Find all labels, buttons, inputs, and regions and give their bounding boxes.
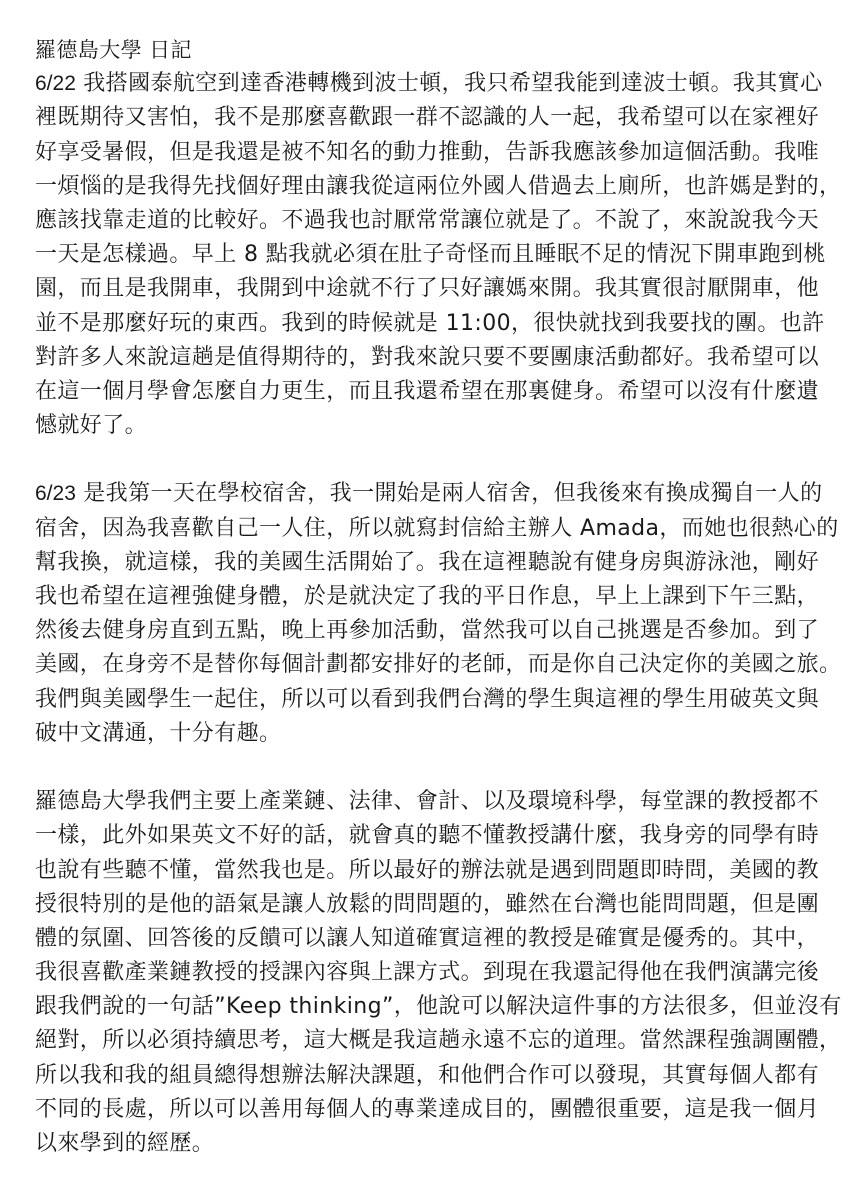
paragraph-line: 以來學到的經歷。 xyxy=(35,1127,835,1161)
paragraph-line: 破中文溝通，十分有趣。 xyxy=(35,717,835,751)
paragraph-line: 絕對，所以必須持續思考，這大概是我這趟永遠不忘的道理。當然課程強調團體， xyxy=(35,1024,835,1058)
paragraph-line: 跟我們說的一句話”Keep thinking”，他說可以解決這件事的方法很多，但… xyxy=(35,990,835,1024)
paragraph-line: 對許多人來說這趟是值得期待的，對我來說只要不要團康活動都好。我希望可以 xyxy=(35,341,835,375)
paragraph-line: 在這一個月學會怎麼自力更生，而且我還希望在那裏健身。希望可以沒有什麼遺 xyxy=(35,375,835,409)
paragraph-line: 我也希望在這裡強健身體，於是就決定了我的平日作息，早上上課到下午三點， xyxy=(35,580,835,614)
diary-entry-courses: 羅德島大學我們主要上產業鏈、法律、會計、以及環境科學，每堂課的教授都不 一樣，此… xyxy=(35,785,835,1161)
document-title: 羅德島大學 日記 xyxy=(35,33,835,67)
document-page: 羅德島大學 日記 6/22 我搭國泰航空到達香港轉機到波士頓，我只希望我能到達波… xyxy=(35,33,835,1161)
line-text: 我搭國泰航空到達香港轉機到波士頓，我只希望我能到達波士頓。我其實心 xyxy=(76,71,823,96)
paragraph-line: 一煩惱的是我得先找個好理由讓我從這兩位外國人借過去上廁所，也許媽是對的， xyxy=(35,170,835,204)
paragraph-line: 好享受暑假，但是我還是被不知名的動力推動，告訴我應該參加這個活動。我唯 xyxy=(35,136,835,170)
paragraph-line: 授很特別的是他的語氣是讓人放鬆的問問題的，雖然在台灣也能問問題，但是團 xyxy=(35,888,835,922)
paragraph-line: 一天是怎樣過。早上 8 點我就必須在肚子奇怪而且睡眠不足的情況下開車跑到桃 xyxy=(35,238,835,272)
paragraph-line: 並不是那麼好玩的東西。我到的時候就是 11:00，很快就找到我要找的團。也許 xyxy=(35,307,835,341)
paragraph-line: 裡既期待又害怕，我不是那麼喜歡跟一群不認識的人一起，我希望可以在家裡好 xyxy=(35,101,835,135)
line-text: 是我第一天在學校宿舍，我一開始是兩人宿舍，但我後來有換成獨自一人的 xyxy=(76,481,823,506)
paragraph-line: 我很喜歡產業鏈教授的授課內容與上課方式。到現在我還記得他在我們演講完後 xyxy=(35,956,835,990)
paragraph-line: 我們與美國學生一起住，所以可以看到我們台灣的學生與這裡的學生用破英文與 xyxy=(35,683,835,717)
paragraph-line: 也說有些聽不懂，當然我也是。所以最好的辦法就是遇到問題即時問，美國的教 xyxy=(35,854,835,888)
paragraph-line: 幫我換，就這樣，我的美國生活開始了。我在這裡聽說有健身房與游泳池，剛好 xyxy=(35,546,835,580)
entry-date: 6/22 xyxy=(35,72,76,95)
paragraph-line: 應該找靠走道的比較好。不過我也討厭常常讓位就是了。不說了，來說說我今天 xyxy=(35,204,835,238)
paragraph-line: 宿舍，因為我喜歡自己一人住，所以就寫封信給主辦人 Amada，而她也很熱心的 xyxy=(35,512,835,546)
paragraph-line: 體的氛圍、回答後的反饋可以讓人知道確實這裡的教授是確實是優秀的。其中， xyxy=(35,922,835,956)
diary-entry-0622: 6/22 我搭國泰航空到達香港轉機到波士頓，我只希望我能到達波士頓。我其實心 裡… xyxy=(35,67,835,443)
paragraph-line: 憾就好了。 xyxy=(35,409,835,443)
paragraph-line: 6/23 是我第一天在學校宿舍，我一開始是兩人宿舍，但我後來有換成獨自一人的 xyxy=(35,477,835,511)
paragraph-line: 美國，在身旁不是替你每個計劃都安排好的老師，而是你自己決定你的美國之旅。 xyxy=(35,648,835,682)
paragraph-line: 所以我和我的組員總得想辦法解決課題，和他們合作可以發現，其實每個人都有 xyxy=(35,1059,835,1093)
paragraph-spacer xyxy=(35,443,835,477)
paragraph-line: 一樣，此外如果英文不好的話，就會真的聽不懂教授講什麼，我身旁的同學有時 xyxy=(35,819,835,853)
entry-date: 6/23 xyxy=(35,482,76,505)
paragraph-line: 園，而且是我開車，我開到中途就不行了只好讓媽來開。我其實很討厭開車，他 xyxy=(35,272,835,306)
diary-entry-0623: 6/23 是我第一天在學校宿舍，我一開始是兩人宿舍，但我後來有換成獨自一人的 宿… xyxy=(35,477,835,751)
paragraph-line: 不同的長處，所以可以善用每個人的專業達成目的，團體很重要，這是我一個月 xyxy=(35,1093,835,1127)
paragraph-line: 羅德島大學我們主要上產業鏈、法律、會計、以及環境科學，每堂課的教授都不 xyxy=(35,785,835,819)
paragraph-line: 6/22 我搭國泰航空到達香港轉機到波士頓，我只希望我能到達波士頓。我其實心 xyxy=(35,67,835,101)
paragraph-spacer xyxy=(35,751,835,785)
paragraph-line: 然後去健身房直到五點，晚上再參加活動，當然我可以自己挑選是否參加。到了 xyxy=(35,614,835,648)
